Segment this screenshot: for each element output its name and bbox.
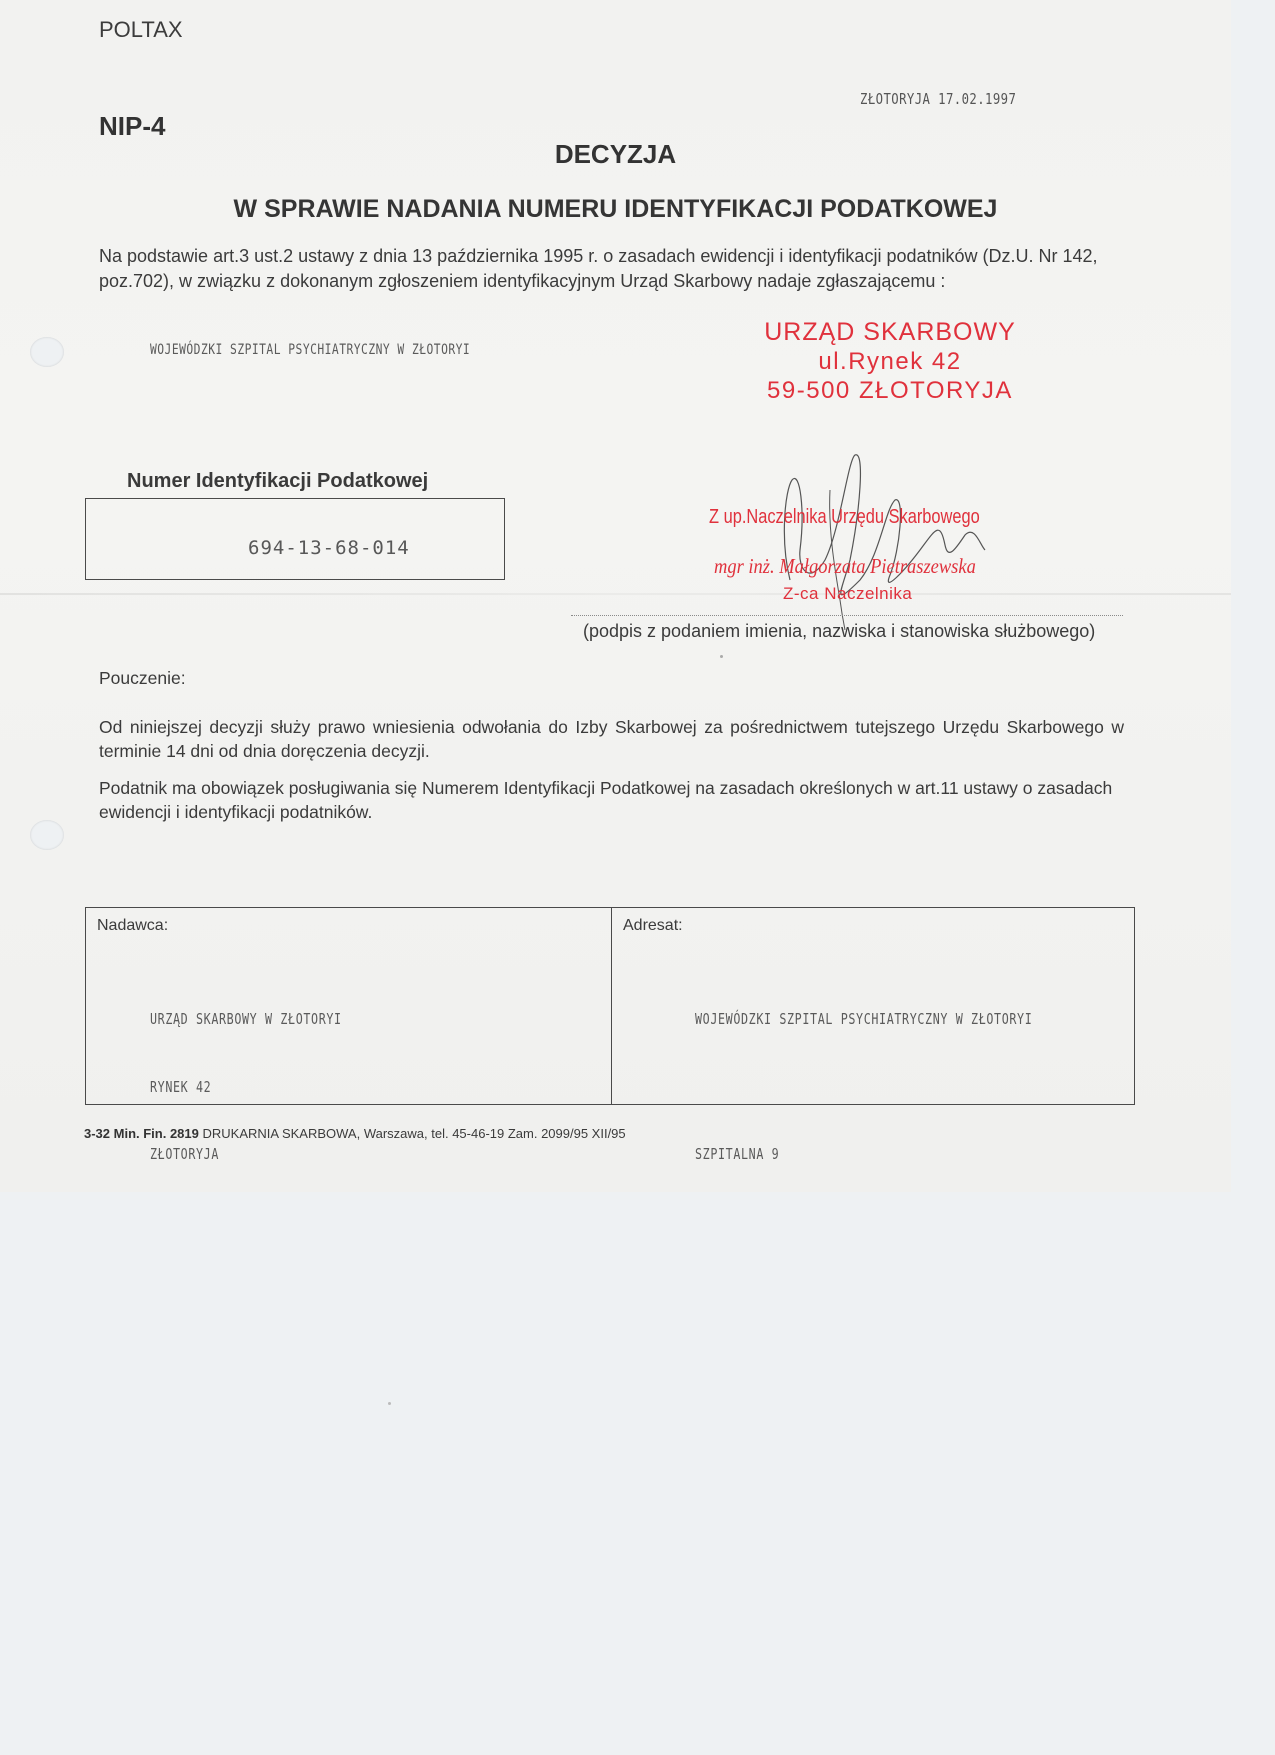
signature-caption: (podpis z podaniem imienia, nazwiska i s… — [583, 621, 1095, 642]
address-line: ZŁOTORYJA — [150, 1143, 342, 1166]
sender-label: Nadawca: — [97, 917, 168, 935]
authority-stamp: Z up.Naczelnika Urzędu Skarbowego — [709, 506, 980, 529]
form-code: NIP-4 — [99, 111, 165, 142]
address-line — [695, 1076, 1032, 1099]
nip-value: 694-13-68-014 — [248, 537, 410, 559]
scan-speck — [388, 1402, 391, 1405]
paper-fold-line — [0, 593, 1231, 595]
office-stamp-line: 59-500 ZŁOTORYJA — [700, 376, 1080, 405]
nip-label: Numer Identyfikacji Podatkowej — [127, 470, 428, 493]
applicant-name: WOJEWÓDZKI SZPITAL PSYCHIATRYCZNY W ZŁOT… — [150, 342, 470, 358]
punch-hole — [30, 337, 64, 367]
signer-name: mgr inż. Małgorzata Pietraszewska — [714, 554, 976, 579]
signer-title: Z-ca Naczelnika — [783, 584, 912, 604]
instructions-paragraph: Podatnik ma obowiązek posługiwania się N… — [99, 776, 1124, 824]
sender-address: URZĄD SKARBOWY W ZŁOTORYI RYNEK 42 ZŁOTO… — [150, 963, 342, 1192]
office-stamp-line: URZĄD SKARBOWY — [700, 318, 1080, 347]
brand-label: POLTAX — [99, 17, 183, 43]
office-stamp-line: ul.Rynek 42 — [700, 347, 1080, 376]
address-line: URZĄD SKARBOWY W ZŁOTORYI — [150, 1008, 342, 1031]
sender-section: Nadawca: URZĄD SKARBOWY W ZŁOTORYI RYNEK… — [86, 908, 612, 1104]
document-title: DECYZJA — [0, 139, 1231, 170]
punch-hole — [30, 820, 64, 850]
address-line: SZPITALNA 9 — [695, 1143, 1032, 1166]
addressee-label: Adresat: — [623, 917, 683, 935]
place-date: ZŁOTORYJA 17.02.1997 — [860, 90, 1016, 108]
intro-paragraph: Na podstawie art.3 ust.2 ustawy z dnia 1… — [99, 244, 1129, 294]
paper-speck — [720, 655, 723, 658]
form-reference: 3-32 Min. Fin. 2819 — [84, 1126, 199, 1141]
instructions-label: Pouczenie: — [99, 668, 186, 689]
instructions-paragraph: Od niniejszej decyzji służy prawo wniesi… — [99, 715, 1124, 763]
address-line: RYNEK 42 — [150, 1076, 342, 1099]
office-stamp: URZĄD SKARBOWY ul.Rynek 42 59-500 ZŁOTOR… — [700, 318, 1080, 405]
addressee-section: Adresat: WOJEWÓDZKI SZPITAL PSYCHIATRYCZ… — [612, 908, 1134, 1104]
print-footer: 3-32 Min. Fin. 2819 DRUKARNIA SKARBOWA, … — [84, 1126, 626, 1141]
document-page: POLTAX NIP-4 ZŁOTORYJA 17.02.1997 DECYZJ… — [0, 0, 1231, 1192]
address-box: Nadawca: URZĄD SKARBOWY W ZŁOTORYI RYNEK… — [85, 907, 1135, 1105]
printer-info: DRUKARNIA SKARBOWA, Warszawa, tel. 45-46… — [203, 1126, 626, 1141]
signature-line — [571, 615, 1123, 616]
address-line: WOJEWÓDZKI SZPITAL PSYCHIATRYCZNY W ZŁOT… — [695, 1008, 1032, 1031]
document-subtitle: W SPRAWIE NADANIA NUMERU IDENTYFIKACJI P… — [0, 195, 1231, 224]
addressee-address: WOJEWÓDZKI SZPITAL PSYCHIATRYCZNY W ZŁOT… — [695, 963, 1032, 1192]
